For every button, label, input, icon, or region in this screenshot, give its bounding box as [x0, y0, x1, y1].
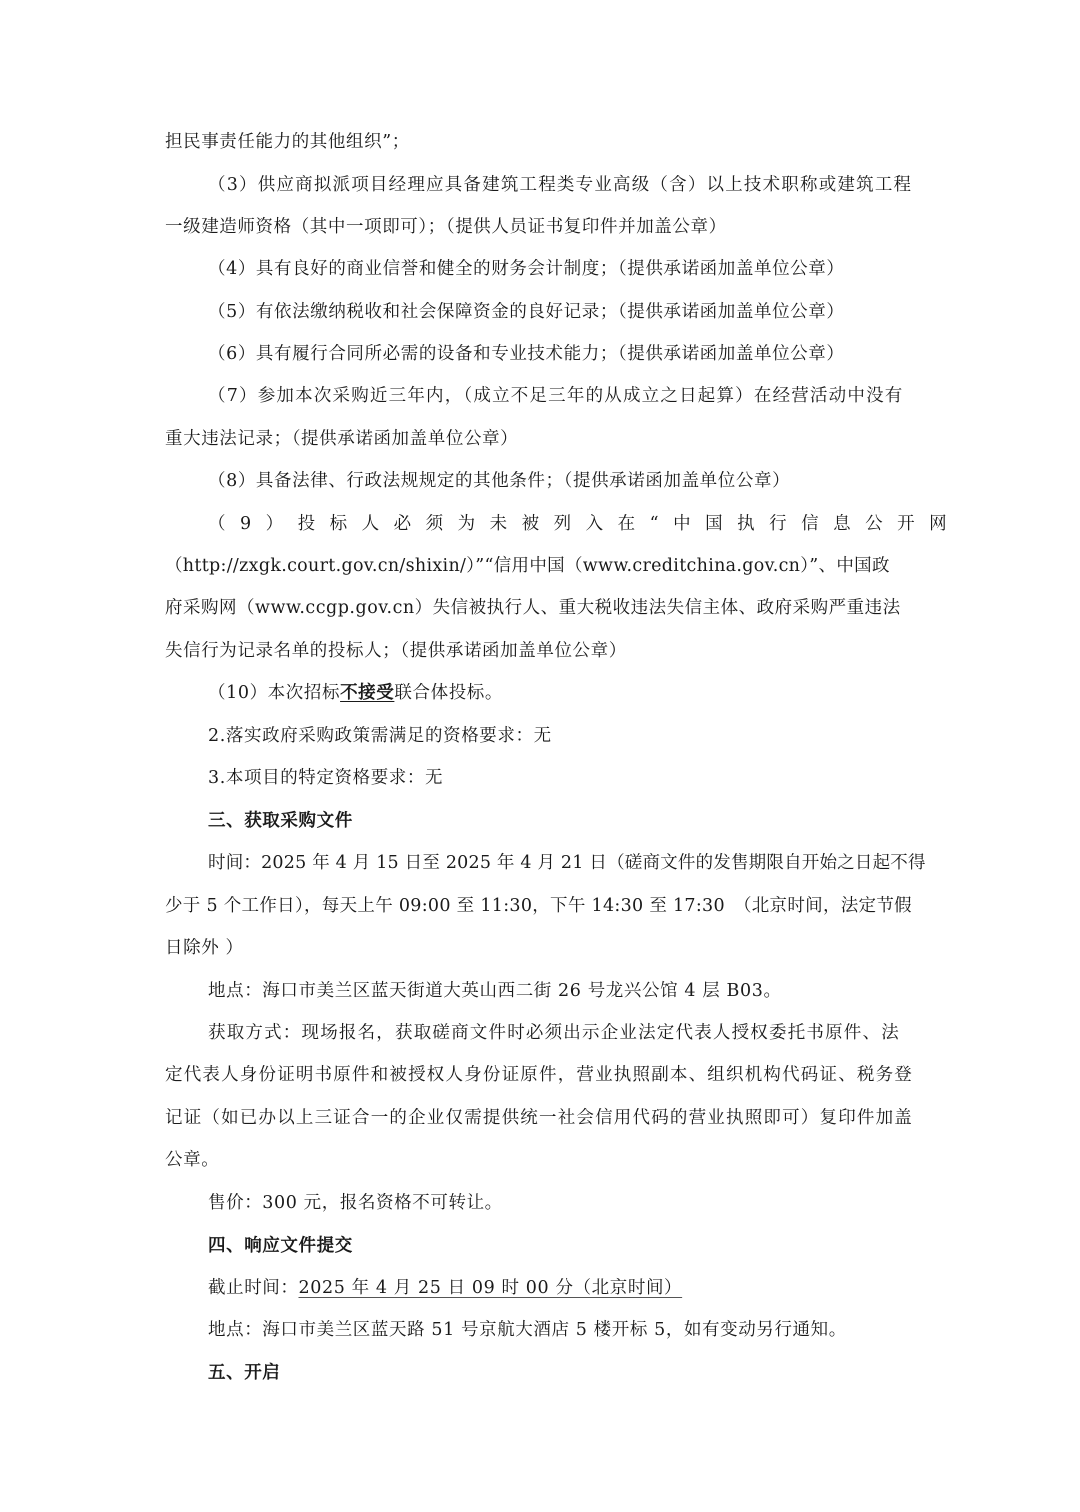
item-7-line-1: （7）参加本次采购近三年内，（成立不足三年的从成立之日起算）在经营活动中没有	[208, 384, 917, 408]
section-heading-3: 三、获取采购文件	[208, 809, 917, 833]
item-3-line-2: 一级建造师资格（其中一项即可）；（提供人员证书复印件并加盖公章）	[165, 215, 917, 239]
submission-location: 地点：海口市美兰区蓝天路 51 号京航大酒店 5 楼开标 5，如有变动另行通知。	[208, 1318, 917, 1342]
price-line: 售价：300 元，报名资格不可转让。	[208, 1191, 917, 1215]
paragraph-line: 担民事责任能力的其他组织”；	[165, 130, 917, 154]
deadline-label: 截止时间：	[208, 1278, 299, 1298]
deadline-line: 截止时间：2025 年 4 月 25 日 09 时 00 分（北京时间）	[208, 1276, 917, 1300]
item-6: （6）具有履行合同所必需的设备和专业技术能力；（提供承诺函加盖单位公章）	[208, 342, 917, 366]
method-line-1: 获取方式：现场报名，获取磋商文件时必须出示企业法定代表人授权委托书原件、法	[208, 1021, 917, 1045]
item-8: （8）具备法律、行政法规规定的其他条件；（提供承诺函加盖单位公章）	[208, 469, 917, 493]
method-line-3: 记证（如已办以上三证合一的企业仅需提供统一社会信用代码的营业执照即可）复印件加盖	[165, 1106, 917, 1130]
specific-requirement: 3.本项目的特定资格要求：无	[208, 766, 917, 790]
time-line-1: 时间：2025 年 4 月 15 日至 2025 年 4 月 21 日（磋商文件…	[208, 851, 917, 875]
item-10-text: （10）本次招标	[208, 683, 340, 703]
item-10: （10）本次招标不接受联合体投标。	[208, 681, 917, 705]
document-page: 担民事责任能力的其他组织”； （3）供应商拟派项目经理应具备建筑工程类专业高级（…	[0, 0, 1080, 1512]
item-9-line-1: （9）投标人必须为未被列入在“中国执行信息公开网	[208, 512, 917, 536]
emphasis-not-accepted: 不接受	[340, 683, 394, 703]
item-4: （4）具有良好的商业信誉和健全的财务会计制度；（提供承诺函加盖单位公章）	[208, 257, 917, 281]
time-line-3: 日除外 ）	[165, 936, 917, 960]
item-5: （5）有依法缴纳税收和社会保障资金的良好记录；（提供承诺函加盖单位公章）	[208, 300, 917, 324]
section-heading-4: 四、响应文件提交	[208, 1234, 917, 1258]
policy-requirement: 2.落实政府采购政策需满足的资格要求：无	[208, 724, 917, 748]
method-line-4: 公章。	[165, 1148, 917, 1172]
deadline-value: 2025 年 4 月 25 日 09 时 00 分（北京时间）	[299, 1278, 683, 1298]
method-line-2: 定代表人身份证明书原件和被授权人身份证原件，营业执照副本、组织机构代码证、税务登	[165, 1063, 917, 1087]
section-heading-5: 五、开启	[208, 1361, 917, 1385]
item-7-line-2: 重大违法记录；（提供承诺函加盖单位公章）	[165, 427, 917, 451]
item-3-line-1: （3）供应商拟派项目经理应具备建筑工程类专业高级（含）以上技术职称或建筑工程	[208, 173, 917, 197]
item-9-line-4: 失信行为记录名单的投标人；（提供承诺函加盖单位公章）	[165, 639, 917, 663]
item-9-line-3: 府采购网（www.ccgp.gov.cn）失信被执行人、重大税收违法失信主体、政…	[165, 596, 917, 620]
item-10-text-tail: 联合体投标。	[394, 683, 503, 703]
time-line-2: 少于 5 个工作日），每天上午 09:00 至 11:30，下午 14:30 至…	[165, 894, 917, 918]
location-line: 地点：海口市美兰区蓝天街道大英山西二街 26 号龙兴公馆 4 层 B03。	[208, 979, 917, 1003]
item-9-line-2: （http://zxgk.court.gov.cn/shixin/）”“信用中国…	[165, 554, 917, 578]
